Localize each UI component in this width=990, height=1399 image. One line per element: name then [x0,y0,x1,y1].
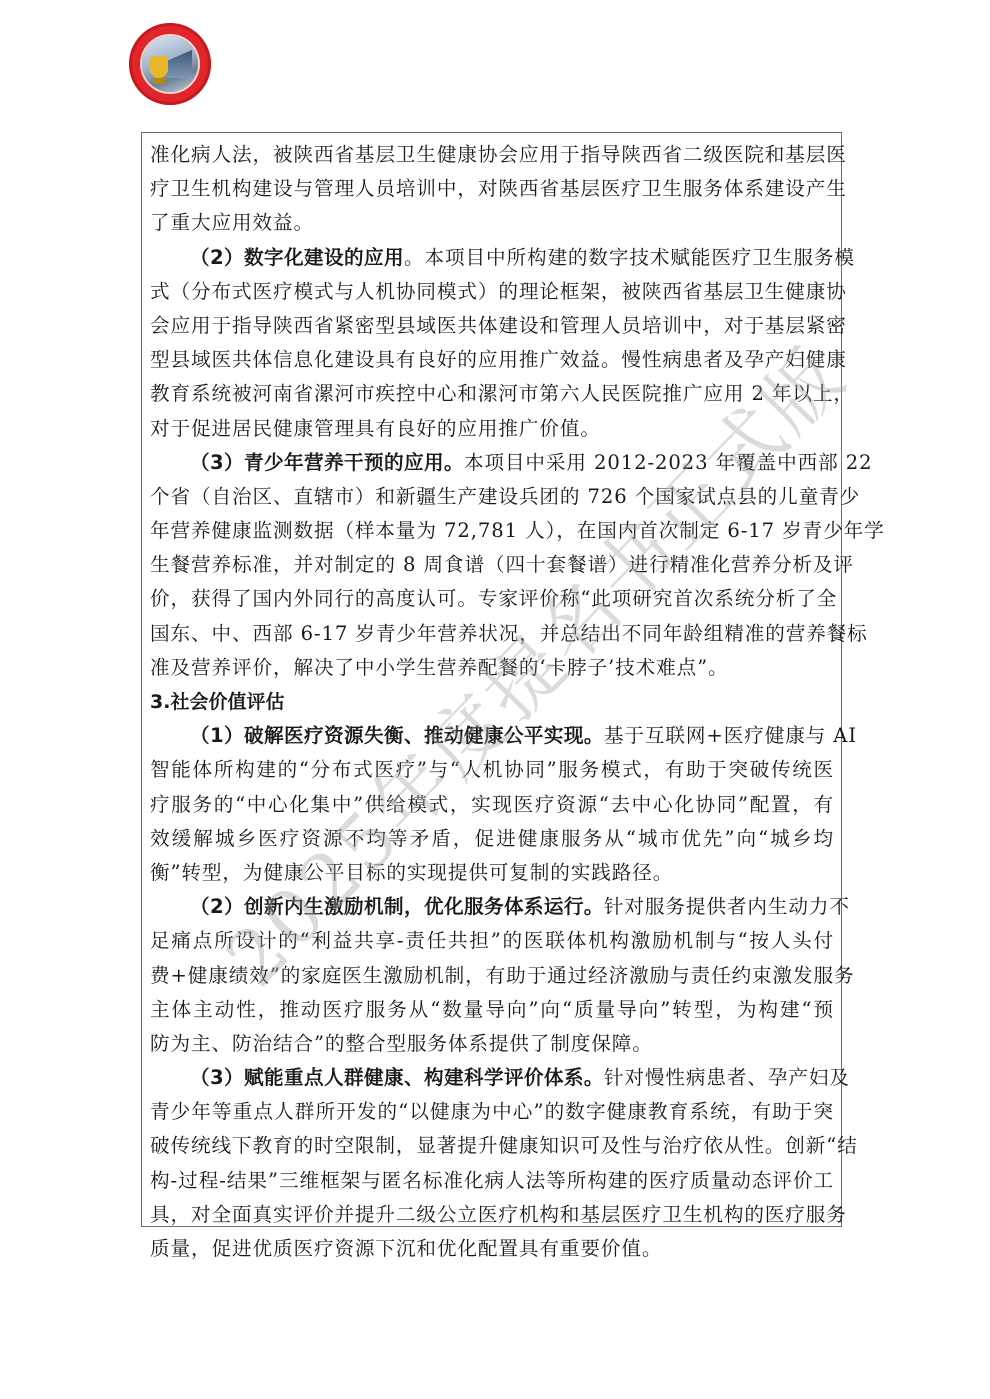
text-line: 青少年等重点人群所开发的“以健康为中心”的数字健康教育系统，有助于突 [150,1095,834,1129]
document-body: 准化病人法，被陕西省基层卫生健康协会应用于指导陕西省二级医院和基层医 疗卫生机构… [150,138,834,1266]
text-line: 疗服务的“中心化集中”供给模式，实现医疗资源“去中心化协同”配置，有 [150,788,834,822]
text-line: 国东、中、西部 6-17 岁青少年营养状况，并总结出不同年龄组精准的营养餐标 [150,617,834,651]
text-line: 会应用于指导陕西省紧密型县域医共体建设和管理人员培训中，对于基层紧密 [150,309,834,343]
text-line: 智能体所构建的“分布式医疗”与“人机协同”服务模式，有助于突破传统医 [150,753,834,787]
text-line: 破传统线下教育的时空限制，显著提升健康知识可及性与治疗依从性。创新“结 [150,1129,834,1163]
text-line: 衡”转型，为健康公平目标的实现提供可复制的实践路径。 [150,856,834,890]
text-line: 个省（自治区、直辖市）和新疆生产建设兵团的 726 个国家试点县的儿童青少 [150,480,834,514]
text-line: 教育系统被河南省漯河市疾控中心和漯河市第六人民医院推广应用 2 年以上， [150,377,834,411]
paragraph-youth-first-line: （3）青少年营养干预的应用。本项目中采用 2012-2023 年覆盖中西部 22 [150,446,834,480]
text-line: 型县域医共体信息化建设具有良好的应用推广效益。慢性病患者及孕产妇健康 [150,343,834,377]
paragraph-title: （3）青少年营养干预的应用。 [190,451,464,474]
text-line: 效缓解城乡医疗资源不均等矛盾，促进健康服务从“城市优先”向“城乡均 [150,822,834,856]
text-line: 主体主动性，推动医疗服务从“数量导向”向“质量导向”转型，为构建“预 [150,993,834,1027]
text-line: 了重大应用效益。 [150,206,834,240]
text-line: 具，对全面真实评价并提升二级公立医疗机构和基层医疗卫生机构的医疗服务 [150,1198,834,1232]
seal-logo [129,23,211,105]
text-line: 费+健康绩效”的家庭医生激励机制，有助于通过经济激励与责任约束激发服务 [150,959,834,993]
text-line: 疗卫生机构建设与管理人员培训中，对陕西省基层医疗卫生服务体系建设产生 [150,172,834,206]
paragraph-text: 。本项目中所构建的数字技术赋能医疗卫生服务模 [404,246,855,269]
text-line: 年营养健康监测数据（样本量为 72,781 人），在国内首次制定 6-17 岁青… [150,514,834,548]
text-line: 生餐营养标准，并对制定的 8 周食谱（四十套餐谱）进行精准化营养分析及评 [150,548,834,582]
seal-emblem-icon [142,36,198,92]
paragraph-title: （2）创新内生激励机制，优化服务体系运行。 [190,895,604,918]
text-line: 准及营养评价，解决了中小学生营养配餐的‘卡脖子’技术难点”。 [150,651,834,685]
text-line: 构-过程-结果”三维框架与匿名标准化病人法等所构建的医疗质量动态评价工 [150,1164,834,1198]
text-line: 足痛点所设计的“利益共享-责任共担”的医联体机构激励机制与“按人头付 [150,924,834,958]
text-line: 价，获得了国内外同行的高度认可。专家评价称“此项研究首次系统分析了全 [150,582,834,616]
paragraph-incentive-first-line: （2）创新内生激励机制，优化服务体系运行。针对服务提供者内生动力不 [150,890,834,924]
paragraph-title: （2）数字化建设的应用 [190,246,404,269]
building-icon [166,50,192,78]
paragraph-text: 本项目中采用 2012-2023 年覆盖中西部 22 [464,451,873,474]
text-line: 准化病人法，被陕西省基层卫生健康协会应用于指导陕西省二级医院和基层医 [150,138,834,172]
trophy-base-icon [153,78,165,84]
text-line: 防为主、防治结合”的整合型服务体系提供了制度保障。 [150,1027,834,1061]
paragraph-equity-first-line: （1）破解医疗资源失衡、推动健康公平实现。基于互联网+医疗健康与 AI [150,719,834,753]
paragraph-title: （3）赋能重点人群健康、构建科学评价体系。 [190,1066,604,1089]
paragraph-text: 基于互联网+医疗健康与 AI [604,724,857,747]
paragraph-text: 针对慢性病患者、孕产妇及 [604,1066,850,1089]
trophy-icon [150,56,168,78]
text-line: 式（分布式医疗模式与人机协同模式）的理论框架，被陕西省基层卫生健康协 [150,275,834,309]
paragraph-text: 针对服务提供者内生动力不 [604,895,850,918]
paragraph-title: （1）破解医疗资源失衡、推动健康公平实现。 [190,724,604,747]
paragraph-evaluation-first-line: （3）赋能重点人群健康、构建科学评价体系。针对慢性病患者、孕产妇及 [150,1061,834,1095]
text-line: 对于促进居民健康管理具有良好的应用推广价值。 [150,412,834,446]
text-line: 质量，促进优质医疗资源下沉和优化配置具有重要价值。 [150,1232,834,1266]
paragraph-digital-first-line: （2）数字化建设的应用。本项目中所构建的数字技术赋能医疗卫生服务模 [150,241,834,275]
section-heading: 3.社会价值评估 [150,685,834,719]
